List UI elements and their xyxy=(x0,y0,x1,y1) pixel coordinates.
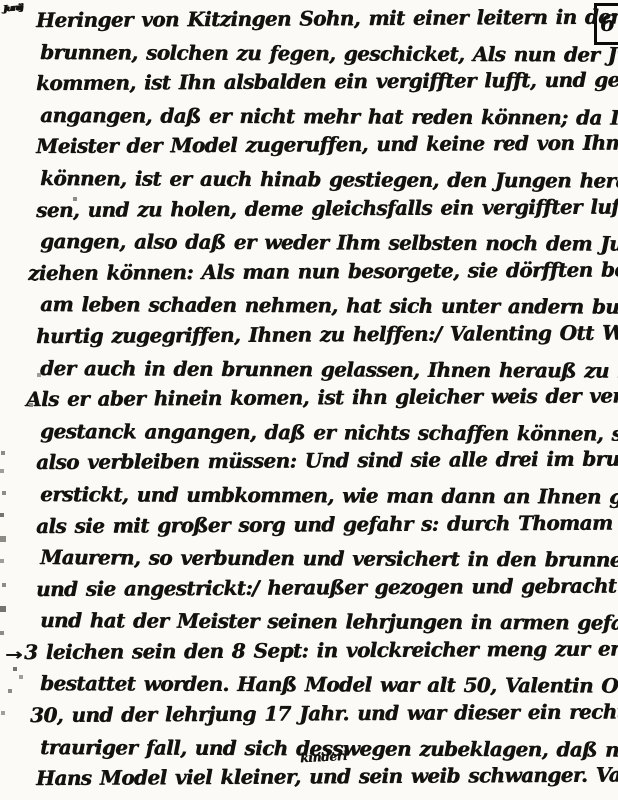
margin-arrow-icon: → xyxy=(5,645,22,664)
manuscript-line: Hans Model viel kleiner, und sein weib s… xyxy=(36,759,618,795)
manuscript-line: 30, und der lehrjung 17 Jahr. und war di… xyxy=(30,695,618,731)
binding-specks xyxy=(0,0,2,2)
manuscript-line: also verbleiben müssen: Und sind sie all… xyxy=(36,443,618,479)
manuscript-line: Als er aber hinein komen, ist ihn gleich… xyxy=(26,379,618,415)
manuscript-line: hurtig zugegriffen, Ihnen zu helffen:/ V… xyxy=(36,316,618,352)
manuscript-page: Junij 6 → kinderl Heringer von Kitzingen… xyxy=(0,0,618,800)
margin-annotation: Junij xyxy=(3,3,23,14)
manuscript-line: und sie angestrickt:/ heraußer gezogen u… xyxy=(36,569,618,605)
manuscript-line: Meister der Model zugeruffen, und keine … xyxy=(36,127,618,163)
manuscript-line: Heringer von Kitzingen Sohn, mit einer l… xyxy=(36,0,618,36)
manuscript-line: 3 leichen sein den 8 Sept: in volckreich… xyxy=(24,632,618,668)
manuscript-line: als sie mit großer sorg und gefahr s: du… xyxy=(36,506,618,542)
manuscript-text: Heringer von Kitzingen Sohn, mit einer l… xyxy=(36,5,618,795)
manuscript-line: ziehen können: Als man nun besorgete, si… xyxy=(28,253,618,289)
manuscript-line: sen, und zu holen, deme gleichsfalls ein… xyxy=(36,190,618,226)
manuscript-line: kommen, ist Ihn alsbalden ein vergiffter… xyxy=(36,64,618,100)
